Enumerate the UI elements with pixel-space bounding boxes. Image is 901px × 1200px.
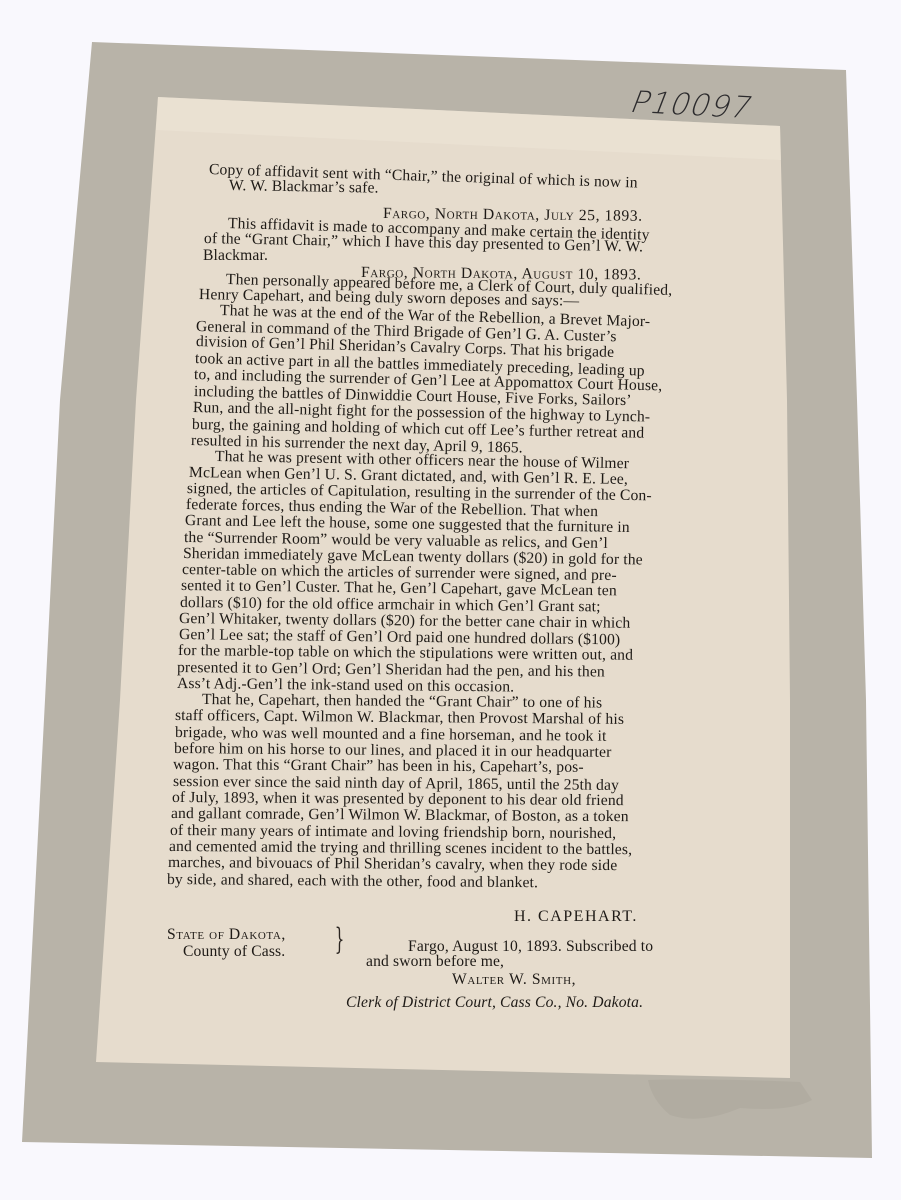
jurat-line: and sworn before me, (366, 954, 504, 970)
brace-icon: } (335, 925, 345, 955)
venue-state: State of Dakota, (167, 927, 286, 943)
venue-county: County of Cass. (183, 944, 285, 960)
intro-line: W. W. Blackmar’s safe. (229, 178, 379, 197)
affidavit-text: Copy of affidavit sent with “Chair,” the… (0, 0, 901, 1200)
deponent-signature: H. CAPEHART. (514, 909, 638, 925)
notary-name: Walter W. Smith, (452, 972, 576, 988)
notary-title: Clerk of District Court, Cass Co., No. D… (346, 995, 643, 1011)
photo-stage: P10097 Copy of affidavit sent with “Chai… (0, 0, 901, 1200)
paragraph-line: Blackmar. (203, 248, 268, 264)
paragraph-line: by side, and shared, each with the other… (167, 872, 538, 891)
